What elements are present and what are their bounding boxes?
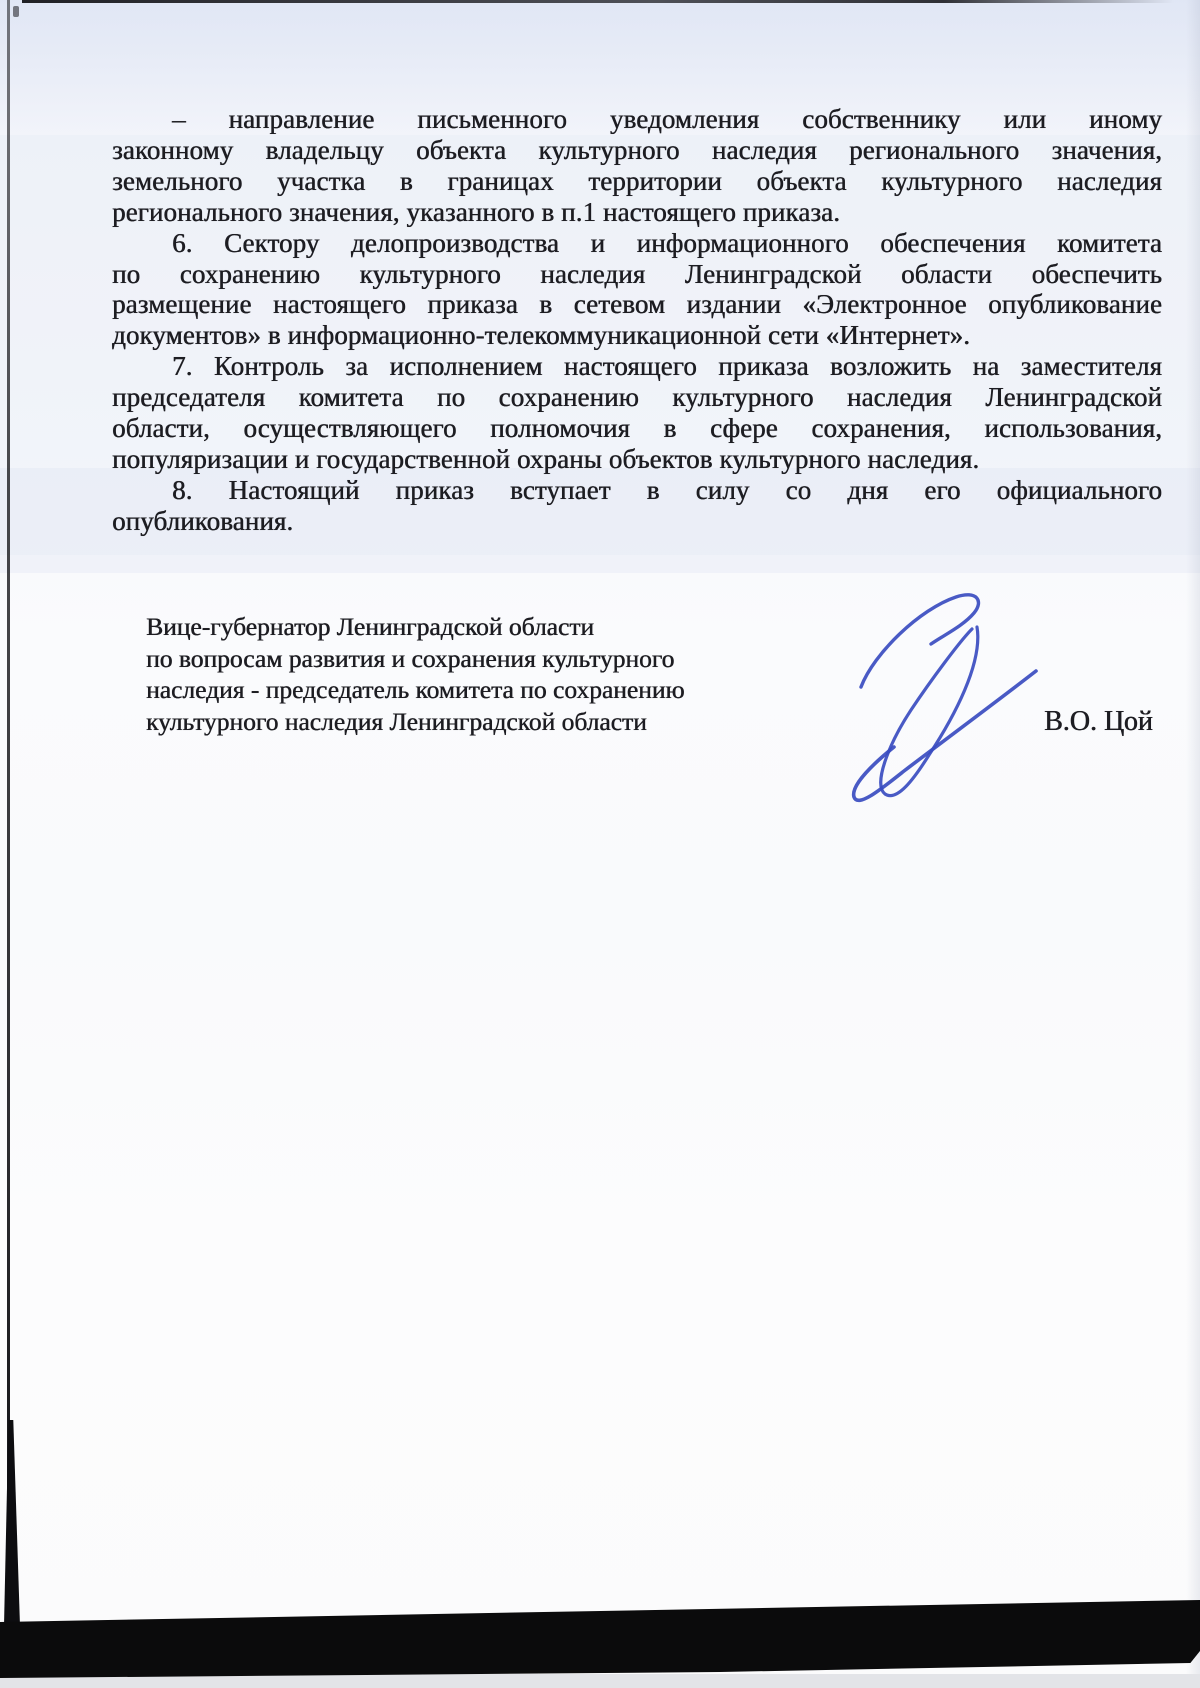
- paragraph-line: области, осуществляющего полномочия в сф…: [112, 413, 1162, 444]
- signatory-title-line: наследия - председатель комитета по сохр…: [146, 674, 766, 706]
- paragraph-line: 8. Настоящий приказ вступает в силу со д…: [112, 475, 1162, 506]
- paragraph-line: законному владельцу объекта культурного …: [112, 135, 1162, 166]
- handwritten-signature-icon: [828, 575, 1063, 820]
- paragraph-line: председателя комитета по сохранению куль…: [112, 382, 1162, 413]
- paragraph-line: – направление письменного уведомления со…: [112, 104, 1162, 135]
- paragraph-line: документов» в информационно-телекоммуник…: [112, 320, 1162, 351]
- scan-right-shadow: [1186, 0, 1200, 1688]
- signatory-title-block: Вице-губернатор Ленинградской области по…: [146, 611, 766, 738]
- paragraph-item-7: 7. Контроль за исполнением настоящего пр…: [112, 351, 1162, 475]
- paragraph-item-8: 8. Настоящий приказ вступает в силу со д…: [112, 475, 1162, 537]
- scan-edge-left: [7, 0, 10, 1626]
- signer-name: В.О. Цой: [1044, 706, 1153, 738]
- scanned-document-page: – направление письменного уведомления со…: [0, 0, 1200, 1688]
- paragraph-item-6: 6. Сектору делопроизводства и информацио…: [112, 228, 1162, 352]
- document-body: – направление письменного уведомления со…: [112, 104, 1162, 537]
- paragraph-line: опубликования.: [112, 506, 1162, 537]
- paragraph-line: 6. Сектору делопроизводства и информацио…: [112, 228, 1162, 259]
- paragraph-line: по сохранению культурного наследия Ленин…: [112, 259, 1162, 290]
- signatory-title-line: Вице-губернатор Ленинградской области: [146, 611, 766, 643]
- signatory-title-line: по вопросам развития и сохранения культу…: [146, 643, 766, 675]
- paragraph-line: популяризации и государственной охраны о…: [112, 444, 1162, 475]
- paragraph-line: 7. Контроль за исполнением настоящего пр…: [112, 351, 1162, 382]
- paragraph-line: регионального значения, указанного в п.1…: [112, 197, 1162, 228]
- scan-speck: [13, 6, 19, 17]
- paragraph-line: размещение настоящего приказа в сетевом …: [112, 289, 1162, 320]
- signatory-title-line: культурного наследия Ленинградской облас…: [146, 706, 766, 738]
- paragraph-line: земельного участка в границах территории…: [112, 166, 1162, 197]
- paragraph-notification: – направление письменного уведомления со…: [112, 104, 1162, 228]
- scan-edge-top: [22, 0, 1174, 3]
- scan-bottom-black-band: [0, 1596, 1200, 1680]
